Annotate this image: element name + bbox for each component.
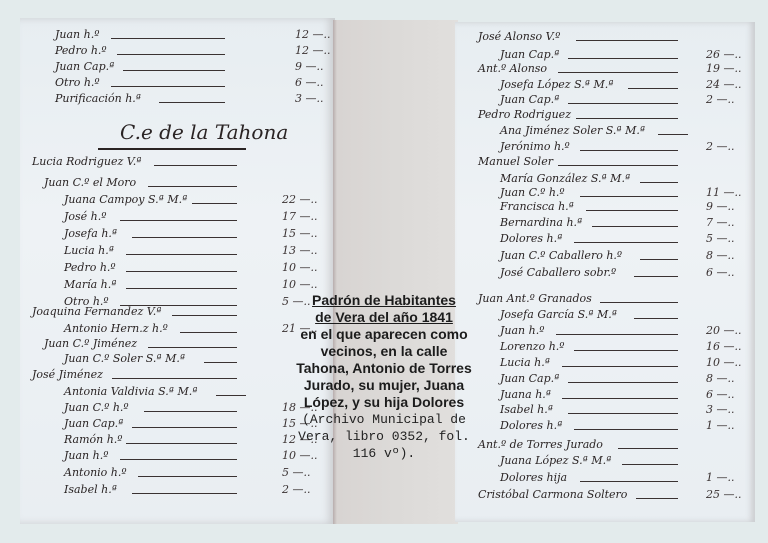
entry-name: Pedro h.º bbox=[55, 44, 107, 57]
entry-rule-line bbox=[568, 413, 678, 414]
caption-title-line2: de Vera del año 1841 bbox=[296, 309, 472, 326]
entry-age: 22 —.. bbox=[282, 193, 318, 206]
entry-name: José Caballero sobr.º bbox=[500, 266, 616, 279]
entry-name: Juan h.º bbox=[55, 28, 99, 41]
entry-name: Ana Jiménez Soler S.ª M.ª bbox=[500, 124, 645, 137]
entry-rule-line bbox=[568, 103, 678, 104]
register-entry: Lucia Rodriguez V.ª bbox=[32, 155, 332, 177]
entry-age: 2 —.. bbox=[282, 483, 311, 496]
entry-name: Juan C.º Caballero h.º bbox=[500, 249, 622, 262]
entry-name: Dolores hija bbox=[500, 471, 567, 484]
entry-rule-line bbox=[658, 134, 688, 135]
entry-age: 24 —.. bbox=[706, 78, 742, 91]
entry-rule-line bbox=[634, 276, 678, 277]
entry-rule-line bbox=[148, 186, 237, 187]
entry-name: Juan Cap.ª bbox=[64, 417, 123, 430]
entry-age: 5 —.. bbox=[282, 466, 311, 479]
entry-rule-line bbox=[111, 38, 225, 39]
register-entry: Cristóbal Carmona Soltero25 —.. bbox=[478, 488, 758, 510]
entry-rule-line bbox=[180, 332, 237, 333]
entry-rule-line bbox=[558, 165, 678, 166]
entry-rule-line bbox=[640, 259, 678, 260]
entry-age: 10 —.. bbox=[282, 278, 318, 291]
entry-name: Lucia h.ª bbox=[64, 244, 114, 257]
entry-name: Dolores h.ª bbox=[500, 419, 562, 432]
entry-name: Dolores h.ª bbox=[500, 232, 562, 245]
entry-rule-line bbox=[132, 493, 237, 494]
entry-age: 6 —.. bbox=[706, 266, 735, 279]
entry-rule-line bbox=[126, 254, 237, 255]
entry-name: Josefa García S.ª M.ª bbox=[500, 308, 617, 321]
entry-rule-line bbox=[568, 382, 678, 383]
entry-rule-line bbox=[126, 443, 237, 444]
entry-rule-line bbox=[216, 395, 246, 396]
entry-name: Lorenzo h.º bbox=[500, 340, 564, 353]
entry-name: Lucia h.ª bbox=[500, 356, 550, 369]
heading-underline bbox=[98, 148, 246, 150]
entry-name: Francisca h.ª bbox=[500, 200, 574, 213]
register-entry: Isabel h.ª2 —.. bbox=[32, 483, 332, 505]
entry-name: María h.ª bbox=[64, 278, 116, 291]
entry-name: Ant.º Alonso bbox=[478, 62, 547, 75]
entry-name: José Jiménez bbox=[32, 368, 103, 381]
entry-rule-line bbox=[576, 118, 678, 119]
entry-age: 12 —.. bbox=[295, 28, 331, 41]
entry-name: Antonia Valdivia S.ª M.ª bbox=[64, 385, 197, 398]
entry-age: 10 —.. bbox=[282, 261, 318, 274]
entry-name: Juan h.º bbox=[500, 324, 544, 337]
entry-rule-line bbox=[148, 347, 237, 348]
entry-age: 7 —.. bbox=[706, 216, 735, 229]
entry-rule-line bbox=[204, 362, 237, 363]
entry-rule-line bbox=[117, 54, 225, 55]
entry-age: 11 —.. bbox=[706, 186, 742, 199]
entry-age: 1 —.. bbox=[706, 419, 735, 432]
entry-rule-line bbox=[111, 86, 225, 87]
entry-age: 16 —.. bbox=[706, 340, 742, 353]
entry-name: Juan C.º h.º bbox=[500, 186, 565, 199]
entry-name: Manuel Soler bbox=[478, 155, 553, 168]
entry-rule-line bbox=[120, 220, 237, 221]
entry-age: 6 —.. bbox=[295, 76, 324, 89]
entry-name: Juan Cap.ª bbox=[55, 60, 114, 73]
entry-name: Pedro h.º bbox=[64, 261, 116, 274]
entry-name: Juan C.º Jiménez bbox=[44, 337, 137, 350]
entry-name: Pedro Rodriguez bbox=[478, 108, 571, 121]
entry-name: Lucia Rodriguez V.ª bbox=[32, 155, 142, 168]
entry-name: Juan C.º el Moro bbox=[44, 176, 136, 189]
entry-rule-line bbox=[123, 70, 225, 71]
entry-rule-line bbox=[132, 237, 237, 238]
entry-rule-line bbox=[159, 102, 225, 103]
entry-name: Juana Campoy S.ª M.ª bbox=[64, 193, 187, 206]
entry-rule-line bbox=[580, 150, 678, 151]
entry-rule-line bbox=[628, 88, 678, 89]
entry-name: Ramón h.º bbox=[64, 433, 122, 446]
entry-rule-line bbox=[192, 203, 237, 204]
entry-name: Jerónimo h.º bbox=[500, 140, 570, 153]
entry-name: Juan C.º Soler S.ª M.ª bbox=[64, 352, 185, 365]
entry-rule-line bbox=[576, 40, 678, 41]
entry-name: Isabel h.ª bbox=[64, 483, 117, 496]
entry-name: María González S.ª M.ª bbox=[500, 172, 630, 185]
entry-rule-line bbox=[558, 72, 678, 73]
entry-name: Bernardina h.ª bbox=[500, 216, 582, 229]
entry-rule-line bbox=[126, 288, 237, 289]
entry-rule-line bbox=[622, 464, 678, 465]
entry-rule-line bbox=[138, 476, 237, 477]
entry-name: Juana h.ª bbox=[500, 388, 551, 401]
entry-name: José Alonso V.º bbox=[478, 30, 560, 43]
entry-age: 1 —.. bbox=[706, 471, 735, 484]
entry-age: 12 —.. bbox=[295, 44, 331, 57]
entry-name: Joaquina Fernandez V.ª bbox=[32, 305, 162, 318]
entry-rule-line bbox=[132, 427, 237, 428]
entry-name: Josefa López S.ª M.ª bbox=[500, 78, 613, 91]
register-entry: Purificación h.ª3 —.. bbox=[55, 92, 335, 114]
entry-name: Otro h.º bbox=[55, 76, 100, 89]
entry-name: Purificación h.ª bbox=[55, 92, 141, 105]
entry-age: 20 —.. bbox=[706, 324, 742, 337]
entry-age: 8 —.. bbox=[706, 372, 735, 385]
entry-age: 9 —.. bbox=[706, 200, 735, 213]
entry-age: 15 —.. bbox=[282, 227, 318, 240]
entry-name: Josefa h.ª bbox=[64, 227, 117, 240]
entry-age: 3 —.. bbox=[706, 403, 735, 416]
register-entry: José Caballero sobr.º6 —.. bbox=[478, 266, 758, 288]
entry-age: 6 —.. bbox=[706, 388, 735, 401]
entry-name: José h.º bbox=[64, 210, 106, 223]
entry-rule-line bbox=[568, 58, 678, 59]
entry-name: Antonio Hern.z h.º bbox=[64, 322, 168, 335]
entry-name: Antonio h.º bbox=[64, 466, 127, 479]
entry-rule-line bbox=[600, 302, 678, 303]
entry-rule-line bbox=[144, 411, 237, 412]
entry-rule-line bbox=[580, 481, 678, 482]
entry-age: 17 —.. bbox=[282, 210, 318, 223]
entry-rule-line bbox=[574, 242, 678, 243]
entry-rule-line bbox=[112, 378, 237, 379]
entry-age: 10 —.. bbox=[706, 356, 742, 369]
entry-rule-line bbox=[556, 334, 678, 335]
caption-box: Padrón de Habitantes de Vera del año 184… bbox=[296, 292, 472, 462]
entry-age: 26 —.. bbox=[706, 48, 742, 61]
entry-rule-line bbox=[618, 448, 678, 449]
entry-name: Juan Cap.ª bbox=[500, 48, 559, 61]
entry-rule-line bbox=[580, 196, 678, 197]
entry-rule-line bbox=[634, 318, 678, 319]
entry-rule-line bbox=[640, 182, 678, 183]
entry-age: 3 —.. bbox=[295, 92, 324, 105]
entry-age: 25 —.. bbox=[706, 488, 742, 501]
entry-name: Ant.º de Torres Jurado bbox=[478, 438, 603, 451]
entry-rule-line bbox=[636, 498, 678, 499]
entry-age: 2 —.. bbox=[706, 93, 735, 106]
entry-rule-line bbox=[154, 165, 237, 166]
entry-name: Juan C.º h.º bbox=[64, 401, 129, 414]
caption-source: (Archivo Municipal de Vera, libro 0352, … bbox=[296, 411, 472, 462]
entry-age: 19 —.. bbox=[706, 62, 742, 75]
entry-rule-line bbox=[592, 226, 678, 227]
entry-name: Isabel h.ª bbox=[500, 403, 553, 416]
caption-title-line1: Padrón de Habitantes bbox=[296, 292, 472, 309]
entry-name: Juan Cap.ª bbox=[500, 93, 559, 106]
entry-rule-line bbox=[574, 429, 678, 430]
entry-rule-line bbox=[574, 350, 678, 351]
entry-name: Cristóbal Carmona Soltero bbox=[478, 488, 627, 501]
entry-rule-line bbox=[126, 271, 237, 272]
entry-name: Juan h.º bbox=[64, 449, 108, 462]
entry-rule-line bbox=[120, 459, 237, 460]
entry-rule-line bbox=[562, 366, 678, 367]
entry-rule-line bbox=[562, 398, 678, 399]
entry-age: 5 —.. bbox=[706, 232, 735, 245]
entry-age: 2 —.. bbox=[706, 140, 735, 153]
entry-rule-line bbox=[586, 210, 678, 211]
entry-age: 8 —.. bbox=[706, 249, 735, 262]
entry-age: 9 —.. bbox=[295, 60, 324, 73]
entry-age: 13 —.. bbox=[282, 244, 318, 257]
entry-name: Juana López S.ª M.ª bbox=[500, 454, 611, 467]
street-heading: C.e de la Tahona bbox=[120, 120, 288, 144]
entry-name: Juan Ant.º Granados bbox=[478, 292, 592, 305]
caption-body: en el que aparecen como vecinos, en la c… bbox=[296, 326, 472, 411]
entry-name: Juan Cap.ª bbox=[500, 372, 559, 385]
entry-rule-line bbox=[172, 315, 237, 316]
